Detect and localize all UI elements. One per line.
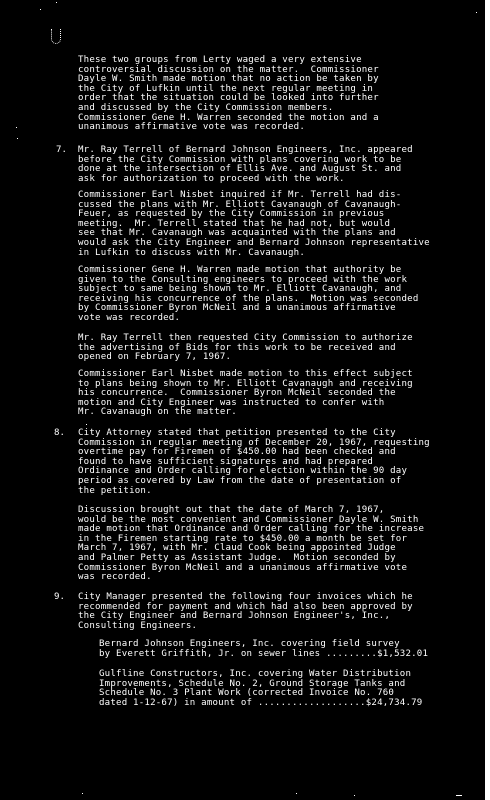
text-line: opened on February 7, 1967. <box>78 353 413 363</box>
paragraph-p-7e: Commissioner Earl Nisbet made motion to … <box>78 370 413 418</box>
paragraph-p-8a: City Attorney stated that petition prese… <box>78 429 430 496</box>
scan-speck <box>17 138 18 139</box>
scan-speck <box>82 793 83 794</box>
item-number: 8. <box>54 429 65 439</box>
paragraph-p-8b: Discussion brought out that the date of … <box>78 506 424 583</box>
text-line: vote was recorded. <box>78 314 419 324</box>
scan-speck <box>56 2 57 3</box>
paragraph-p-9b: Bernard Johnson Engineers, Inc. covering… <box>99 640 428 659</box>
scan-speck <box>296 793 297 794</box>
paragraph-p-7d: Mr. Ray Terrell then requested City Comm… <box>78 334 413 363</box>
item-number: 7. <box>56 146 67 156</box>
scan-speck <box>40 9 41 10</box>
paragraph-p-7a: Mr. Ray Terrell of Bernard Johnson Engin… <box>78 146 413 184</box>
scan-speck <box>16 127 17 128</box>
text-line: ask for authorization to proceed with th… <box>78 175 413 185</box>
text-line: was recorded. <box>78 573 424 583</box>
text-line: the petition. <box>78 487 430 497</box>
paragraph-p-intro: These two groups from Lerty waged a very… <box>78 56 379 133</box>
text-line: by Everett Griffith, Jr. on sewer lines … <box>99 650 428 660</box>
paragraph-p-9c: Gulfline Constructors, Inc. covering Wat… <box>99 670 422 708</box>
paragraph-p-9a: City Manager presented the following fou… <box>78 593 413 631</box>
text-line: unanimous affirmative vote was recorded. <box>78 123 379 133</box>
document-page: These two groups from Lerty waged a very… <box>0 0 485 800</box>
scan-edge <box>485 0 490 800</box>
scan-speck <box>354 795 355 796</box>
scan-speck <box>456 795 462 796</box>
item-number: 9. <box>54 593 65 603</box>
text-line: in Lufkin to discuss with Mr. Cavanaugh. <box>78 249 430 259</box>
text-line: Mr. Cavanaugh on the matter. <box>78 408 413 418</box>
scan-speck <box>86 424 87 425</box>
text-line: dated 1-12-67) in amount of ............… <box>99 699 422 709</box>
paragraph-p-7b: Commissioner Earl Nisbet inquired if Mr.… <box>78 191 430 258</box>
scan-speck <box>476 12 477 13</box>
text-line: Consulting Engineers. <box>78 622 413 632</box>
paragraph-p-7c: Commissioner Gene H. Warren made motion … <box>78 266 419 324</box>
punch-hole-mark <box>51 29 61 44</box>
